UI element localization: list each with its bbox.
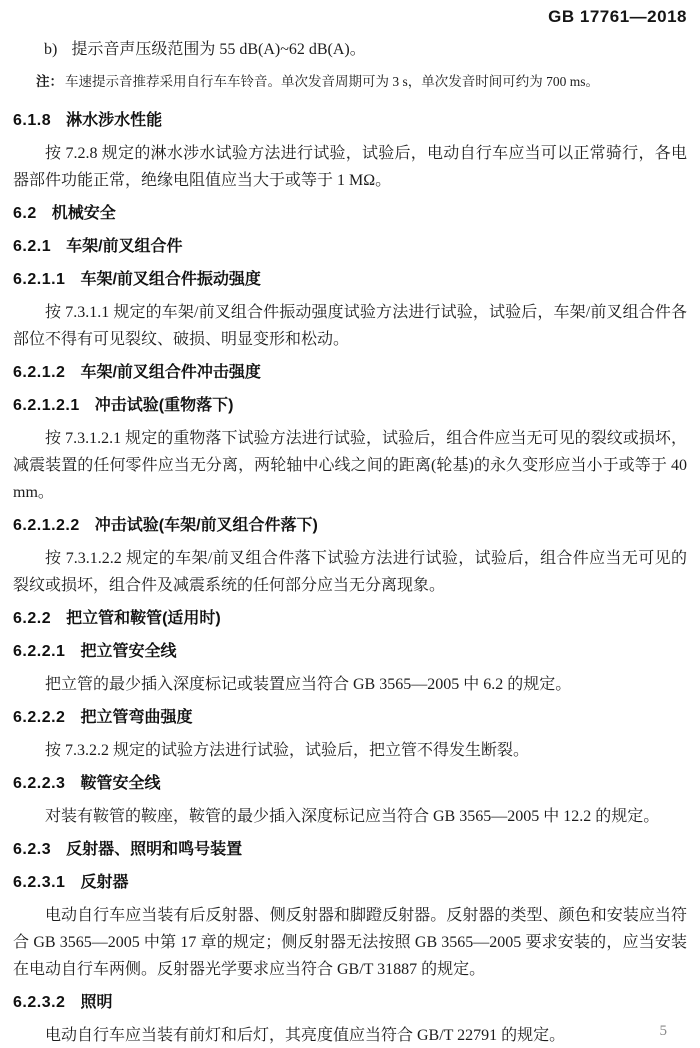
section-number: 6.2.2.1 [13, 643, 65, 660]
section-number: 6.2.1.1 [13, 271, 65, 288]
section-heading-6.2.2: 6.2.2把立管和鞍管(适用时) [13, 605, 687, 632]
list-item: b)提示音声压级范围为 55 dB(A)~62 dB(A)。 [13, 36, 687, 63]
section-title: 冲击试验(车架/前叉组合件落下) [95, 517, 318, 534]
section-heading-6.2.2.2: 6.2.2.2把立管弯曲强度 [13, 704, 687, 731]
section-number: 6.2.3.1 [13, 874, 65, 891]
section-title: 机械安全 [52, 205, 116, 222]
section-heading-6.2.3.1: 6.2.3.1反射器 [13, 869, 687, 896]
paragraph: 按 7.3.1.2.2 规定的车架/前叉组合件落下试验方法进行试验，试验后，组合… [13, 545, 687, 599]
section-heading-6.1.8: 6.1.8淋水涉水性能 [13, 107, 687, 134]
paragraph: 把立管的最少插入深度标记或装置应当符合 GB 3565—2005 中 6.2 的… [13, 671, 687, 698]
section-number: 6.1.8 [13, 112, 51, 129]
section-heading-6.2.3.2: 6.2.3.2照明 [13, 989, 687, 1016]
paragraph: 按 7.2.8 规定的淋水涉水试验方法进行试验，试验后，电动自行车应当可以正常骑… [13, 140, 687, 194]
paragraph: 对装有鞍管的鞍座，鞍管的最少插入深度标记应当符合 GB 3565—2005 中 … [13, 803, 687, 830]
note: 注：车速提示音推荐采用自行车车铃音。单次发音周期可为 3 s，单次发音时间可约为… [13, 69, 687, 95]
document-body: b)提示音声压级范围为 55 dB(A)~62 dB(A)。注：车速提示音推荐采… [13, 30, 687, 1048]
section-number: 6.2 [13, 205, 37, 222]
section-title: 车架/前叉组合件 [66, 238, 182, 255]
section-title: 反射器、照明和鸣号装置 [66, 841, 242, 858]
section-title: 把立管和鞍管(适用时) [66, 610, 221, 627]
section-title: 车架/前叉组合件冲击强度 [80, 364, 260, 381]
section-heading-6.2.1.2.2: 6.2.1.2.2冲击试验(车架/前叉组合件落下) [13, 512, 687, 539]
section-heading-6.2.3: 6.2.3反射器、照明和鸣号装置 [13, 836, 687, 863]
section-title: 把立管弯曲强度 [80, 709, 192, 726]
section-heading-6.2.2.1: 6.2.2.1把立管安全线 [13, 638, 687, 665]
section-title: 冲击试验(重物落下) [95, 397, 234, 414]
section-heading-6.2.1: 6.2.1车架/前叉组合件 [13, 233, 687, 260]
list-item-text: 提示音声压级范围为 55 dB(A)~62 dB(A)。 [71, 41, 365, 58]
section-number: 6.2.1.2 [13, 364, 65, 381]
section-number: 6.2.1.2.1 [13, 397, 80, 414]
section-title: 车架/前叉组合件振动强度 [80, 271, 260, 288]
section-number: 6.2.3 [13, 841, 51, 858]
page-number: 5 [660, 1023, 668, 1040]
paragraph: 电动自行车应当装有后反射器、侧反射器和脚蹬反射器。反射器的类型、颜色和安装应当符… [13, 902, 687, 983]
note-label: 注： [36, 74, 63, 89]
paragraph: 电动自行车应当装有前灯和后灯，其亮度值应当符合 GB/T 22791 的规定。 [13, 1022, 687, 1048]
section-number: 6.2.1.2.2 [13, 517, 80, 534]
section-title: 反射器 [80, 874, 128, 891]
section-number: 6.2.3.2 [13, 994, 65, 1011]
section-heading-6.2.2.3: 6.2.2.3鞍管安全线 [13, 770, 687, 797]
document-page: GB 17761—2018 b)提示音声压级范围为 55 dB(A)~62 dB… [0, 0, 700, 1048]
list-item-marker: b) [44, 41, 57, 58]
section-number: 6.2.2.3 [13, 775, 65, 792]
section-title: 把立管安全线 [80, 643, 176, 660]
paragraph: 按 7.3.1.1 规定的车架/前叉组合件振动强度试验方法进行试验，试验后，车架… [13, 299, 687, 353]
section-number: 6.2.2 [13, 610, 51, 627]
paragraph: 按 7.3.1.2.1 规定的重物落下试验方法进行试验，试验后，组合件应当无可见… [13, 425, 687, 506]
paragraph: 按 7.3.2.2 规定的试验方法进行试验，试验后，把立管不得发生断裂。 [13, 737, 687, 764]
section-title: 照明 [80, 994, 112, 1011]
section-number: 6.2.1 [13, 238, 51, 255]
section-heading-6.2.1.1: 6.2.1.1车架/前叉组合件振动强度 [13, 266, 687, 293]
section-heading-6.2.1.2: 6.2.1.2车架/前叉组合件冲击强度 [13, 359, 687, 386]
section-heading-6.2.1.2.1: 6.2.1.2.1冲击试验(重物落下) [13, 392, 687, 419]
section-title: 淋水涉水性能 [66, 112, 162, 129]
note-text: 车速提示音推荐采用自行车车铃音。单次发音周期可为 3 s，单次发音时间可约为 7… [65, 74, 599, 89]
section-title: 鞍管安全线 [80, 775, 160, 792]
section-number: 6.2.2.2 [13, 709, 65, 726]
section-heading-6.2: 6.2机械安全 [13, 200, 687, 227]
standard-number: GB 17761—2018 [548, 7, 687, 27]
